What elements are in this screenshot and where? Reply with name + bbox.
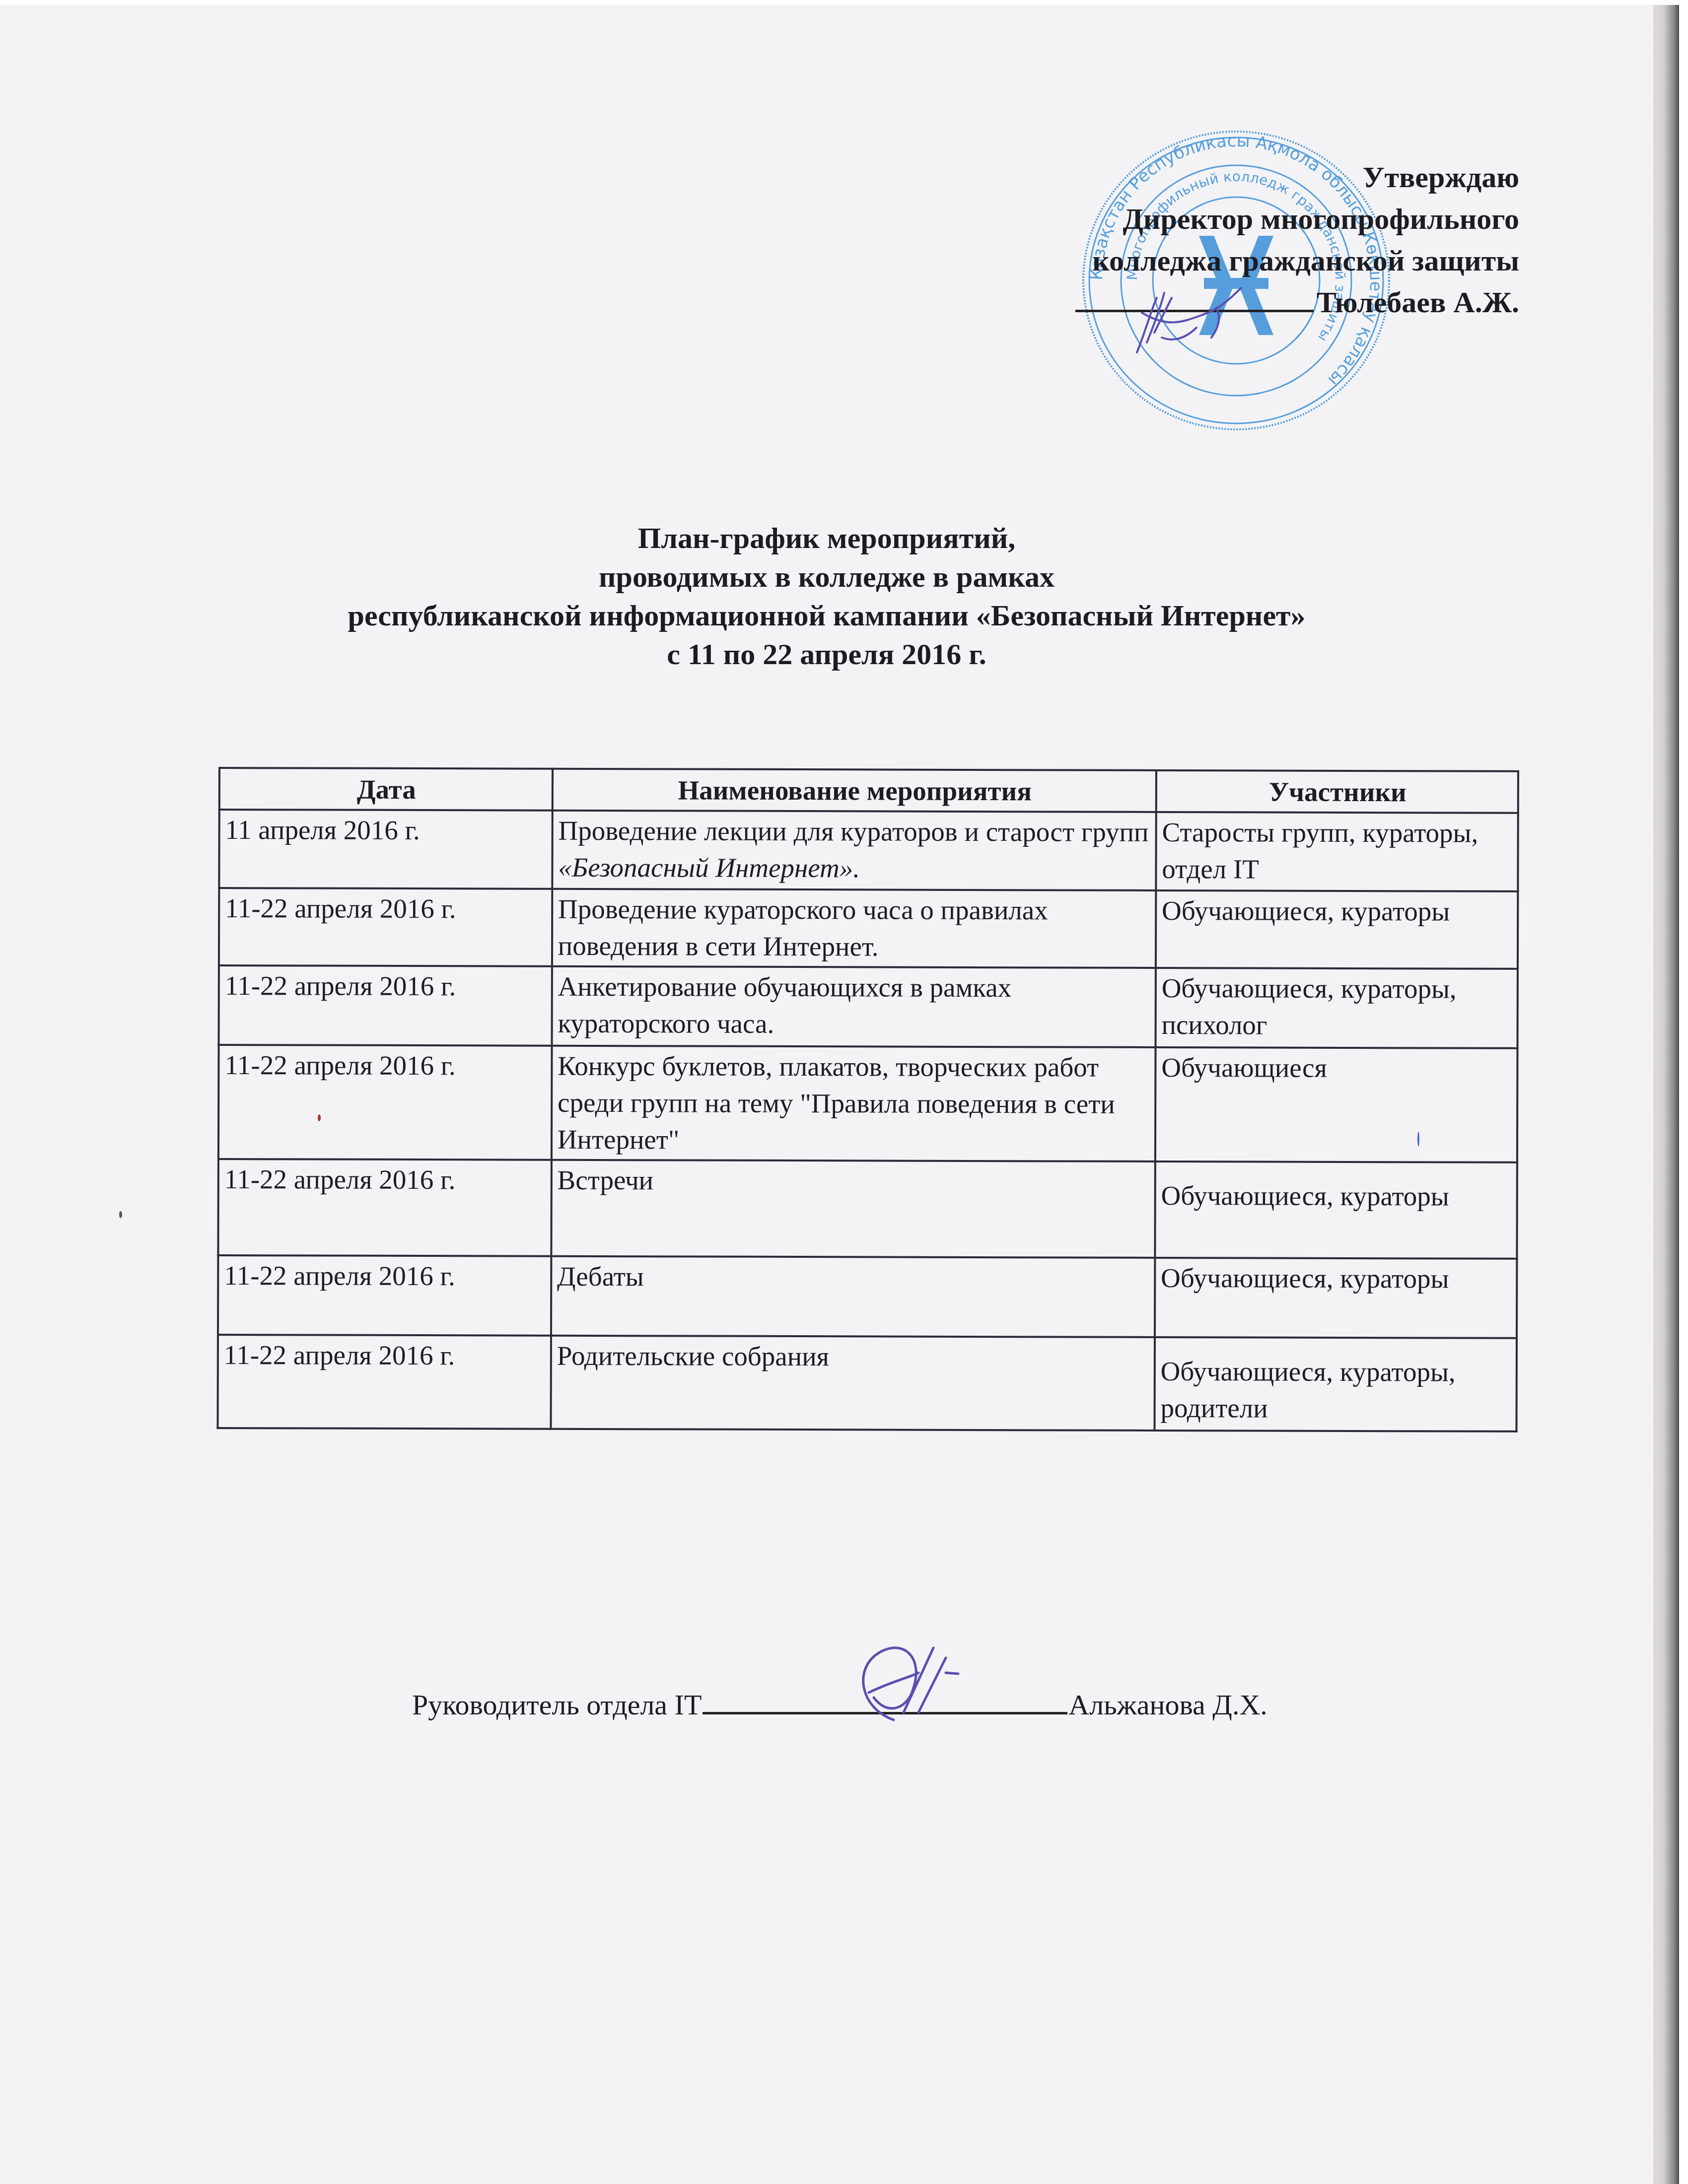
cell-date: 11-22 апреля 2016 г. (218, 1255, 551, 1336)
title-line-4: с 11 по 22 апреля 2016 г. (0, 635, 1653, 674)
cell-participants: Обучающиеся (1155, 1047, 1518, 1162)
column-header-date: Дата (219, 768, 553, 811)
cell-participants: Старосты групп, кураторы, отдел IT (1156, 812, 1518, 891)
table-row: 11-22 апреля 2016 г. Родительские собран… (218, 1335, 1517, 1432)
cell-participants: Обучающиеся, кураторы, психолог (1155, 968, 1518, 1048)
document-title: План-график мероприятий, проводимых в ко… (0, 519, 1653, 674)
approval-heading: Утверждаю (923, 156, 1519, 198)
table-row: 11-22 апреля 2016 г. Проведение кураторс… (219, 888, 1518, 969)
footer-name: Альжанова Д.Х. (1068, 1689, 1267, 1721)
cell-event: Проведение кураторского часа о правилах … (552, 889, 1156, 968)
table-row: 11-22 апреля 2016 г. Анкетирование обуча… (219, 965, 1518, 1048)
title-line-3: республиканской информационной кампании … (0, 596, 1653, 635)
title-line-2: проводимых в колледже в рамках (0, 557, 1653, 596)
cell-event: Дебаты (551, 1256, 1155, 1337)
approver-name: Тюлебаев А.Ж. (1317, 286, 1519, 319)
cell-event: Проведение лекции для кураторов и старос… (552, 811, 1156, 890)
column-header-event: Наименование мероприятия (553, 769, 1156, 812)
events-table: Дата Наименование мероприятия Участники … (217, 767, 1519, 1433)
cell-date: 11-22 апреля 2016 г. (218, 1045, 552, 1160)
scan-speck (1417, 1132, 1419, 1147)
scan-speck (119, 1211, 122, 1218)
column-header-participants: Участники (1156, 770, 1518, 813)
scan-margin-top (0, 0, 1688, 5)
cell-date: 11-22 апреля 2016 г. (218, 1335, 551, 1429)
cell-event: Встречи (551, 1160, 1155, 1258)
cell-event: Конкурс буклетов, плакатов, творческих р… (552, 1046, 1156, 1161)
title-line-1: План-график мероприятий, (0, 519, 1653, 557)
approver-position-line1: Директор многопрофильного (923, 198, 1519, 240)
cell-participants: Обучающиеся, кураторы (1155, 1258, 1517, 1338)
event-text-italic: «Безопасный Интернет». (558, 852, 860, 884)
it-head-signature-icon (839, 1638, 1003, 1725)
cell-date: 11 апреля 2016 г. (219, 810, 552, 889)
table-row: 11-22 апреля 2016 г. Встречи Обучающиеся… (218, 1159, 1517, 1259)
scan-margin-right (1679, 0, 1688, 2184)
footer-position: Руководитель отдела IT (412, 1689, 702, 1721)
cell-event: Анкетирование обучающихся в рамках курат… (552, 966, 1155, 1047)
event-text: Проведение лекции для кураторов и старос… (558, 816, 1148, 847)
table-row: 11-22 апреля 2016 г. Дебаты Обучающиеся,… (218, 1255, 1517, 1338)
table-row: 11 апреля 2016 г. Проведение лекции для … (219, 810, 1518, 891)
cell-event: Родительские собрания (551, 1336, 1155, 1431)
cell-participants: Обучающиеся, кураторы (1156, 890, 1518, 969)
cell-date: 11-22 апреля 2016 г. (218, 1159, 551, 1256)
director-signature-icon (1127, 268, 1266, 362)
scan-edge-shadow (1653, 5, 1679, 2184)
cell-participants: Обучающиеся, кураторы (1155, 1161, 1517, 1259)
table-header-row: Дата Наименование мероприятия Участники (219, 768, 1518, 813)
cell-participants: Обучающиеся, кураторы, родители (1154, 1337, 1517, 1432)
scan-speck (318, 1114, 321, 1121)
cell-date: 11-22 апреля 2016 г. (219, 888, 552, 966)
table-row: 11-22 апреля 2016 г. Конкурс буклетов, п… (218, 1045, 1518, 1162)
cell-date: 11-22 апреля 2016 г. (219, 965, 552, 1046)
